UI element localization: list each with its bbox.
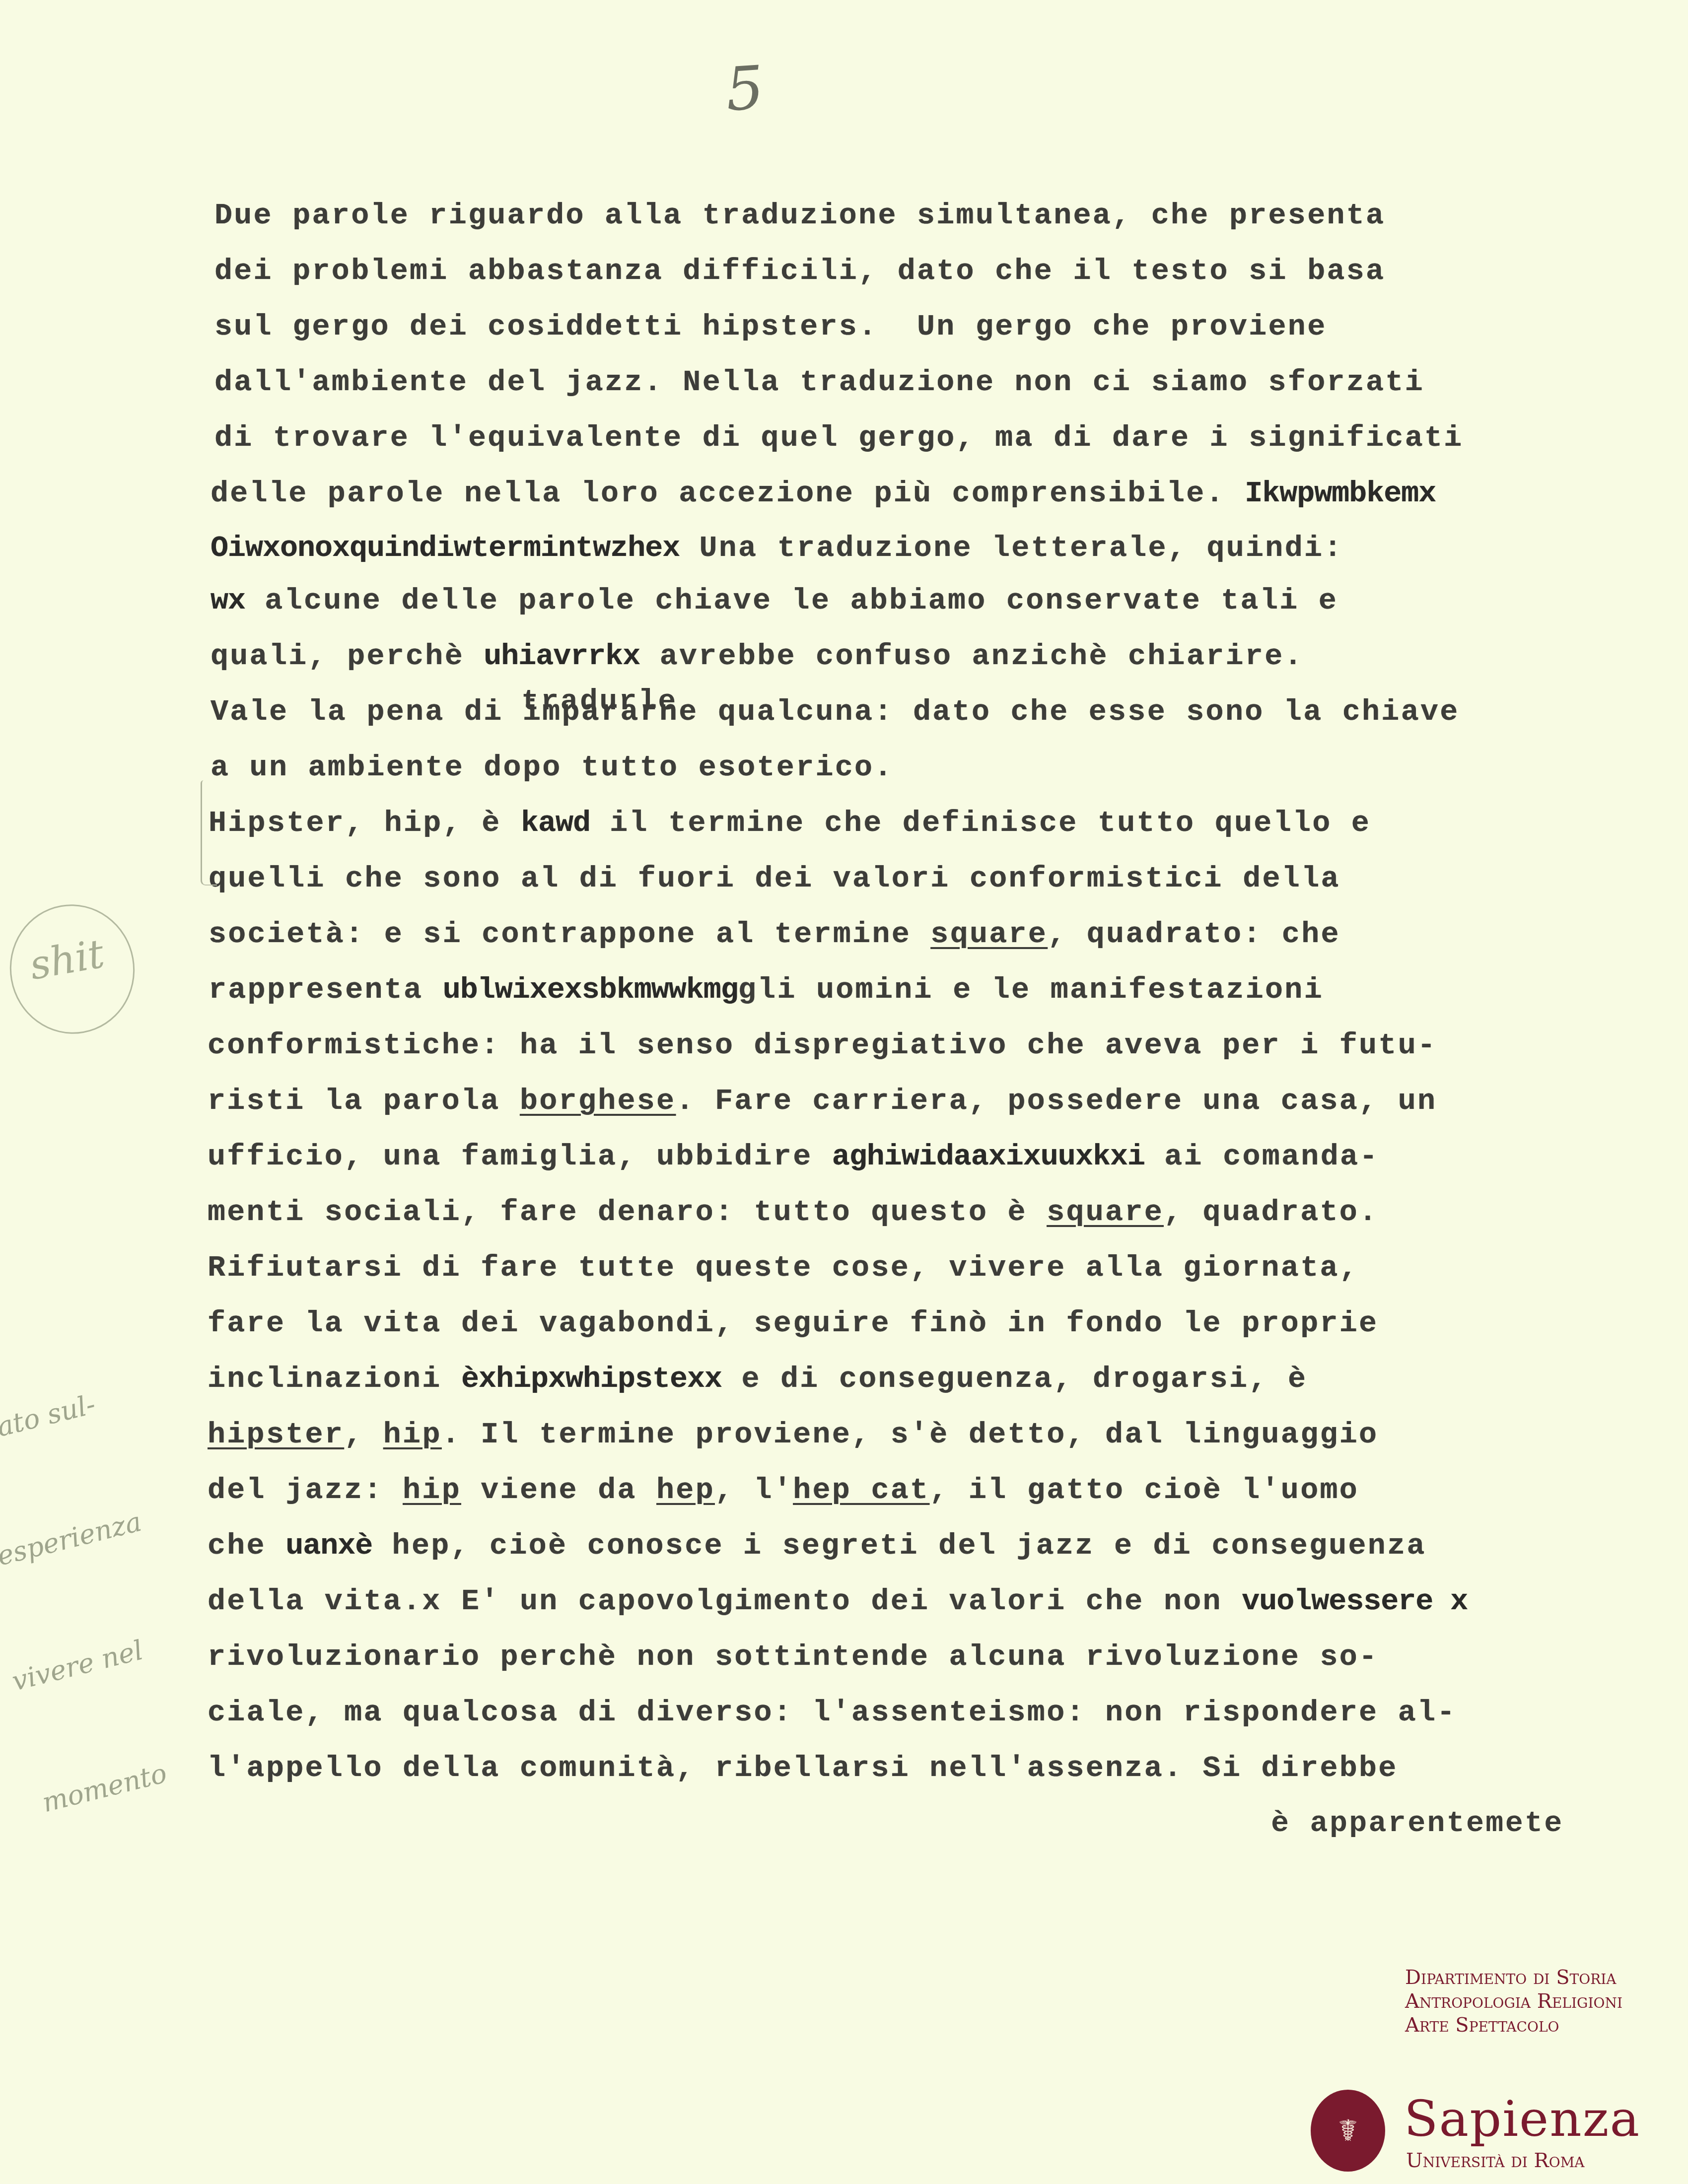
underlined-term: hep cat [793, 1474, 929, 1507]
line-text: risti la parola [208, 1085, 520, 1118]
struck-out-text: aghiwidaaxixuuxkxi [832, 1140, 1145, 1174]
line-text: il termine che definisce tutto quello e [590, 807, 1371, 840]
text-line: delle parole nella loro accezione più co… [211, 477, 1436, 511]
department-name: Dipartimento di Storia Antropologia Reli… [1405, 1966, 1622, 2037]
underlined-term: hipster [208, 1418, 344, 1452]
line-text: fare la vita dei vagabondi, seguire finò… [208, 1307, 1378, 1341]
margin-note-line: l'esperienza [0, 1501, 146, 1581]
line-text: ufficio, una famiglia, ubbidire [208, 1140, 832, 1174]
line-text: dall'ambiente del jazz. Nella traduzione… [214, 366, 1424, 400]
text-line: l'appello della comunità, ribellarsi nel… [208, 1751, 1398, 1786]
underlined-term: borghese [520, 1085, 676, 1118]
struck-out-text: uanxè [285, 1529, 372, 1563]
circled-margin-note: shit [0, 894, 145, 1044]
line-text: , il gatto cioè l'uomo [929, 1474, 1359, 1507]
line-text: ciale, ma qualcosa di diverso: l'assente… [208, 1696, 1457, 1730]
line-text: del jazz: [208, 1474, 403, 1507]
department-line: Dipartimento di Storia [1405, 1966, 1622, 1989]
text-line: quali, perchè uhiavrrkx avrebbe confuso … [211, 639, 1304, 674]
text-line: quelli che sono al di fuori dei valori c… [209, 862, 1340, 896]
text-line: di trovare l'equivalente di quel gergo, … [214, 421, 1464, 456]
text-line: a un ambiente dopo tutto esoterico. [211, 751, 894, 785]
line-text: dei problemi abbastanza difficili, dato … [214, 255, 1385, 288]
underlined-term: hep [656, 1474, 715, 1507]
line-text: inclinazioni [208, 1363, 461, 1396]
line-text: società: e si contrappone al termine [209, 918, 930, 952]
margin-note-line: momento [38, 1744, 206, 1824]
struck-out-text: Oiwxonoxquindiwtermintwzhex [211, 532, 680, 565]
text-line: che uanxè hep, cioè conosce i segreti de… [208, 1529, 1426, 1564]
text-line: Hipster, hip, è kawd il termine che defi… [209, 806, 1371, 841]
line-text: che [208, 1529, 285, 1563]
text-line: menti sociali, fare denaro: tutto questo… [208, 1195, 1378, 1230]
text-line: del jazz: hip viene da hep, l'hep cat, i… [208, 1473, 1359, 1508]
line-text: alcune delle parole chiave le abbiamo co… [245, 584, 1338, 618]
line-text: avrebbe confuso anzichè chiarire. [640, 640, 1303, 674]
margin-bracket [201, 780, 217, 886]
line-text: e di conseguenza, drogarsi, è [722, 1363, 1307, 1396]
department-line: Arte Spettacolo [1405, 2013, 1622, 2037]
line-text: conformistiche: ha il senso dispregiativ… [208, 1029, 1437, 1063]
university-subtitle: Università di Roma [1406, 2149, 1585, 2172]
line-text: delle parole nella loro accezione più co… [211, 477, 1245, 511]
line-text: viene da [461, 1474, 656, 1507]
line-text: , [344, 1418, 383, 1452]
line-text: . Il termine proviene, s'è detto, dal li… [442, 1418, 1379, 1452]
text-line: ufficio, una famiglia, ubbidire aghiwida… [208, 1140, 1379, 1174]
struck-out-text: èxhipxwhipstexx [461, 1363, 722, 1396]
line-text: Rifiutarsi di fare tutte queste cose, vi… [208, 1251, 1359, 1285]
text-line: della vita.x E' un capovolgimento dei va… [208, 1584, 1468, 1619]
line-text: rivoluzionario perchè non sottintende al… [208, 1640, 1378, 1674]
line-text: Due parole riguardo alla traduzione simu… [214, 199, 1385, 233]
page-number: 5 [723, 54, 766, 125]
line-text: . Fare carriera, possedere una casa, un [676, 1085, 1437, 1118]
struck-out-text: Ikwpwmbkemx [1245, 477, 1436, 511]
text-line: risti la parola borghese. Fare carriera,… [208, 1084, 1437, 1119]
text-line: rivoluzionario perchè non sottintende al… [208, 1640, 1378, 1675]
struck-out-text: vuolwessere x [1242, 1585, 1468, 1619]
insert-tradurle: tradurle [521, 685, 677, 719]
department-line: Antropologia Religioni [1405, 1989, 1622, 2013]
line-text: , l' [715, 1474, 793, 1507]
university-name: Sapienza [1404, 2090, 1640, 2148]
text-line: dei problemi abbastanza difficili, dato … [214, 254, 1385, 289]
text-line: inclinazioni èxhipxwhipstexx e di conseg… [208, 1362, 1307, 1397]
line-text: quali, perchè [211, 640, 484, 674]
text-line: società: e si contrappone al termine squ… [209, 917, 1340, 952]
text-line: fare la vita dei vagabondi, seguire finò… [208, 1306, 1378, 1341]
line-text: a un ambiente dopo tutto esoterico. [211, 751, 894, 785]
text-line: Due parole riguardo alla traduzione simu… [214, 199, 1385, 233]
margin-note-line: vivere nel [7, 1622, 176, 1702]
text-line: hipster, hip. Il termine proviene, s'è d… [208, 1418, 1378, 1452]
text-line: conformistiche: ha il senso dispregiativ… [208, 1028, 1437, 1063]
underlined-term: square [1047, 1196, 1164, 1229]
line-text: quelli che sono al di fuori dei valori c… [209, 862, 1340, 896]
line-text: Una traduzione letterale, quindi: [680, 532, 1343, 565]
university-seal-icon: ☤ [1311, 2090, 1385, 2172]
line-text: Vale la pena di impararne qualcuna: dato… [211, 695, 1460, 729]
text-line: ciale, ma qualcosa di diverso: l'assente… [208, 1696, 1457, 1730]
line-text: menti sociali, fare denaro: tutto questo… [208, 1196, 1047, 1229]
line-text: sul gergo dei cosiddetti hipsters. Un ge… [214, 310, 1327, 344]
text-line: wx alcune delle parole chiave le abbiamo… [211, 584, 1338, 618]
line-text: gli uomini e le manifestazioni [738, 973, 1324, 1007]
underlined-term: hip [383, 1418, 442, 1452]
text-line: sul gergo dei cosiddetti hipsters. Un ge… [214, 310, 1327, 344]
struck-out-text: kawd [521, 807, 590, 840]
struck-out-text: uhiavrrkx [484, 640, 640, 674]
line-text: l'appello della comunità, ribellarsi nel… [208, 1752, 1398, 1785]
struck-out-text: wx [211, 584, 245, 618]
text-line: Vale la pena di impararne qualcuna: dato… [211, 695, 1460, 730]
underlined-term: hip [403, 1474, 461, 1507]
line-text: hep, cioè conosce i segreti del jazz e d… [372, 1529, 1426, 1563]
line-text: della vita.x E' un capovolgimento dei va… [208, 1585, 1242, 1619]
left-margin-note: basato sul- l'esperienza vivere nel mome… [0, 1298, 216, 1864]
struck-out-text: ublwixexsbkmwwkmg [443, 973, 738, 1007]
underlined-term: square [930, 918, 1048, 952]
circled-note-text: shit [26, 930, 108, 989]
line-text: di trovare l'equivalente di quel gergo, … [214, 421, 1464, 455]
line-text: , quadrato. [1164, 1196, 1378, 1229]
line-text: Hipster, hip, è [209, 807, 521, 840]
text-line: Oiwxonoxquindiwtermintwzhex Una traduzio… [211, 531, 1343, 566]
text-line: dall'ambiente del jazz. Nella traduzione… [214, 365, 1424, 400]
line-text: ai comanda- [1145, 1140, 1379, 1174]
line-text: rappresenta [209, 973, 443, 1007]
line-text: , quadrato: che [1048, 918, 1340, 952]
insert-apparentemete: è apparentemete [1271, 1807, 1564, 1841]
text-line: Rifiutarsi di fare tutte queste cose, vi… [208, 1251, 1359, 1286]
text-line: rappresenta ublwixexsbkmwwkmggli uomini … [209, 973, 1324, 1008]
margin-note-line: basato sul- [0, 1379, 116, 1459]
